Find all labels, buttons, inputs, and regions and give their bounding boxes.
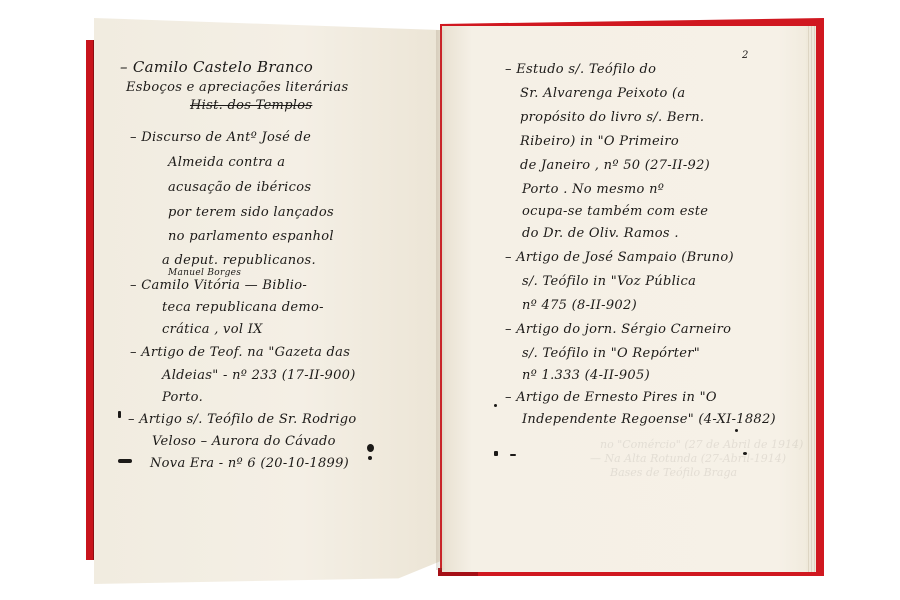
handwritten-line: Porto. xyxy=(162,390,203,405)
ink-mark xyxy=(118,459,132,463)
handwritten-line: propósito do livro s/. Bern. xyxy=(520,110,704,125)
handwritten-line: Almeida contra a xyxy=(168,155,285,170)
handwritten-line: a deput. republicanos. xyxy=(162,253,316,268)
handwritten-line: nº 1.333 (4-II-905) xyxy=(522,368,650,383)
handwritten-line: Sr. Alvarenga Peixoto (a xyxy=(520,86,685,101)
ink-mark xyxy=(735,429,738,432)
ink-mark xyxy=(118,411,121,418)
ink-mark xyxy=(510,454,516,456)
handwritten-line: Nova Era - nº 6 (20-10-1899) xyxy=(150,456,349,471)
handwritten-line: teca republicana demo- xyxy=(162,300,324,315)
ink-blot xyxy=(368,456,372,460)
handwritten-line: s/. Teófilo in "Voz Pública xyxy=(522,274,696,289)
handwritten-line: Veloso – Aurora do Cávado xyxy=(152,434,336,449)
interlinear-insertion: Manuel Borges xyxy=(168,268,241,278)
handwritten-line: – Estudo s/. Teófilo do xyxy=(505,62,656,77)
handwritten-line: de Janeiro , nº 50 (27-II-92) xyxy=(520,158,710,173)
page-edges xyxy=(806,26,816,572)
handwritten-line: s/. Teófilo in "O Repórter" xyxy=(522,346,700,361)
handwritten-line: acusação de ibéricos xyxy=(168,180,311,195)
ink-mark xyxy=(743,452,747,455)
bleed-through-text: — Na Alta Rotunda (27-Abril-1914) xyxy=(590,452,786,465)
open-notebook: no "Comércio" (27 de Abril de 1914) — Na… xyxy=(0,0,900,600)
ink-mark xyxy=(494,404,497,407)
handwritten-line: Independente Regoense" (4-XI-1882) xyxy=(522,412,776,427)
bleed-through-text: Bases de Teófilo Braga xyxy=(610,466,737,479)
handwritten-line: Porto . No mesmo nº xyxy=(522,182,664,197)
handwritten-line: – Artigo de Teof. na "Gazeta das xyxy=(130,345,350,360)
handwritten-line: – Camilo Castelo Branco xyxy=(120,58,313,76)
ink-mark xyxy=(494,451,498,456)
handwritten-line: Aldeias" - nº 233 (17-II-900) xyxy=(162,368,356,383)
handwritten-line: Esboços e apreciações literárias xyxy=(126,80,348,95)
handwritten-line: nº 475 (8-II-902) xyxy=(522,298,637,313)
handwritten-line: – Artigo do jorn. Sérgio Carneiro xyxy=(505,322,731,337)
page-number: 2 xyxy=(742,50,749,61)
handwritten-line: do Dr. de Oliv. Ramos . xyxy=(522,226,679,241)
handwritten-line: crática , vol IX xyxy=(162,322,263,337)
red-cover-left-edge xyxy=(86,40,94,560)
handwritten-line: no parlamento espanhol xyxy=(168,229,334,244)
handwritten-line: ocupa-se também com este xyxy=(522,204,708,219)
handwritten-line: por terem sido lançados xyxy=(168,205,334,220)
handwritten-line: – Artigo de Ernesto Pires in "O xyxy=(505,390,717,405)
spine-shadow xyxy=(436,30,446,570)
ink-blot xyxy=(367,444,374,452)
handwritten-line: Ribeiro) in "O Primeiro xyxy=(520,134,679,149)
bleed-through-text: no "Comércio" (27 de Abril de 1914) xyxy=(600,438,803,451)
handwritten-line: – Artigo de José Sampaio (Bruno) xyxy=(505,250,734,265)
handwritten-line: – Artigo s/. Teófilo de Sr. Rodrigo xyxy=(128,412,357,427)
struck-out-line: Hist. dos Templos xyxy=(190,98,312,113)
handwritten-line: – Discurso de Antº José de xyxy=(130,130,311,145)
handwritten-line: – Camilo Vitória — Biblio- xyxy=(130,278,307,293)
